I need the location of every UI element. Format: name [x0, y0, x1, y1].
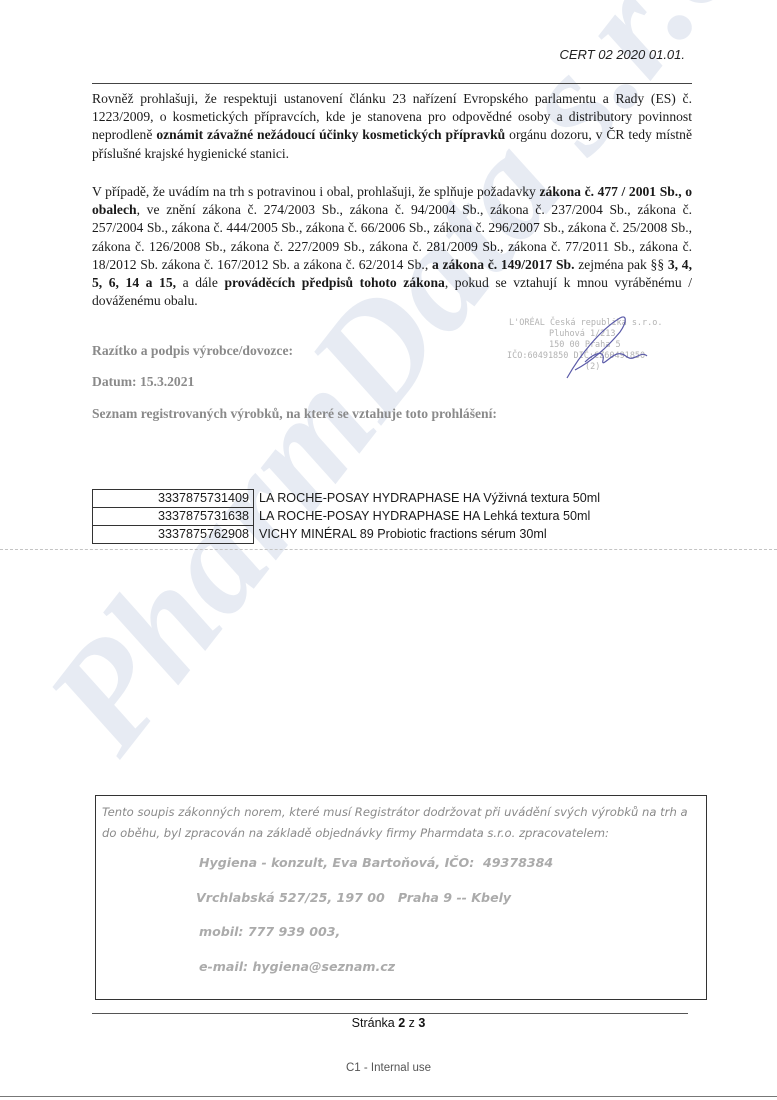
page-prefix: Stránka	[352, 1016, 399, 1030]
stamp-signature-label: Razítko a podpis výrobce/dovozce:	[92, 343, 293, 359]
info-intro-text: Tento soupis zákonných norem, které musí…	[102, 802, 702, 844]
certificate-code: CERT 02 2020 01.01.	[559, 47, 685, 62]
footer-divider	[92, 1013, 688, 1014]
processor-info-box: Tento soupis zákonných norem, které musí…	[95, 795, 707, 1000]
para2-text-3: zejména pak §§	[574, 257, 667, 272]
product-code: 3337875731638	[93, 508, 254, 526]
header-divider	[92, 83, 692, 84]
para2-text-1: V případě, že uvádím na trh s potravinou…	[92, 184, 539, 199]
page-separator: z	[405, 1016, 418, 1030]
processor-company: Hygiena - konzult, Eva Bartoňová, IČO: 4…	[199, 855, 553, 870]
classification-label: C1 - Internal use	[0, 1062, 777, 1074]
para2-bold-2: a zákona č. 149/2017 Sb.	[432, 257, 575, 272]
para2-bold-4: prováděcích předpisů tohoto zákona	[224, 275, 444, 290]
handwritten-signature-icon	[505, 300, 730, 390]
product-name: VICHY MINÉRAL 89 Probiotic fractions sér…	[254, 526, 605, 544]
page-number: Stránka 2 z 3	[0, 1016, 777, 1030]
processor-email: e-mail: hygiena@seznam.cz	[199, 959, 395, 974]
date-label: Datum: 15.3.2021	[92, 374, 194, 390]
product-table: 3337875731409 LA ROCHE-POSAY HYDRAPHASE …	[92, 489, 605, 544]
product-name: LA ROCHE-POSAY HYDRAPHASE HA Výživná tex…	[254, 490, 605, 508]
product-name: LA ROCHE-POSAY HYDRAPHASE HA Lehká textu…	[254, 508, 605, 526]
table-row: 3337875731638 LA ROCHE-POSAY HYDRAPHASE …	[93, 508, 605, 526]
product-code: 3337875731409	[93, 490, 254, 508]
processor-address: Vrchlabská 527/25, 197 00 Praha 9 -- Kbe…	[196, 890, 511, 905]
table-row: 3337875731409 LA ROCHE-POSAY HYDRAPHASE …	[93, 490, 605, 508]
page-bottom-edge	[0, 1096, 777, 1097]
paragraph-packaging-law: V případě, že uvádím na trh s potravinou…	[92, 183, 692, 310]
product-list-label: Seznam registrovaných výrobků, na které …	[92, 406, 497, 422]
company-stamp: L'ORÉAL Česká republika s.r.o. Pluhová 1…	[505, 312, 730, 392]
processor-mobile: mobil: 777 939 003,	[199, 924, 340, 939]
scan-artifact-line	[0, 549, 777, 550]
page-total: 3	[418, 1016, 425, 1030]
product-code: 3337875762908	[93, 526, 254, 544]
table-row: 3337875762908 VICHY MINÉRAL 89 Probiotic…	[93, 526, 605, 544]
para2-text-4: a dále	[176, 275, 224, 290]
paragraph-cosmetics-regulation: Rovněž prohlašuji, že respektuji ustanov…	[92, 90, 692, 163]
para1-bold-1: oznámit závažné nežádoucí účinky kosmeti…	[156, 127, 505, 142]
